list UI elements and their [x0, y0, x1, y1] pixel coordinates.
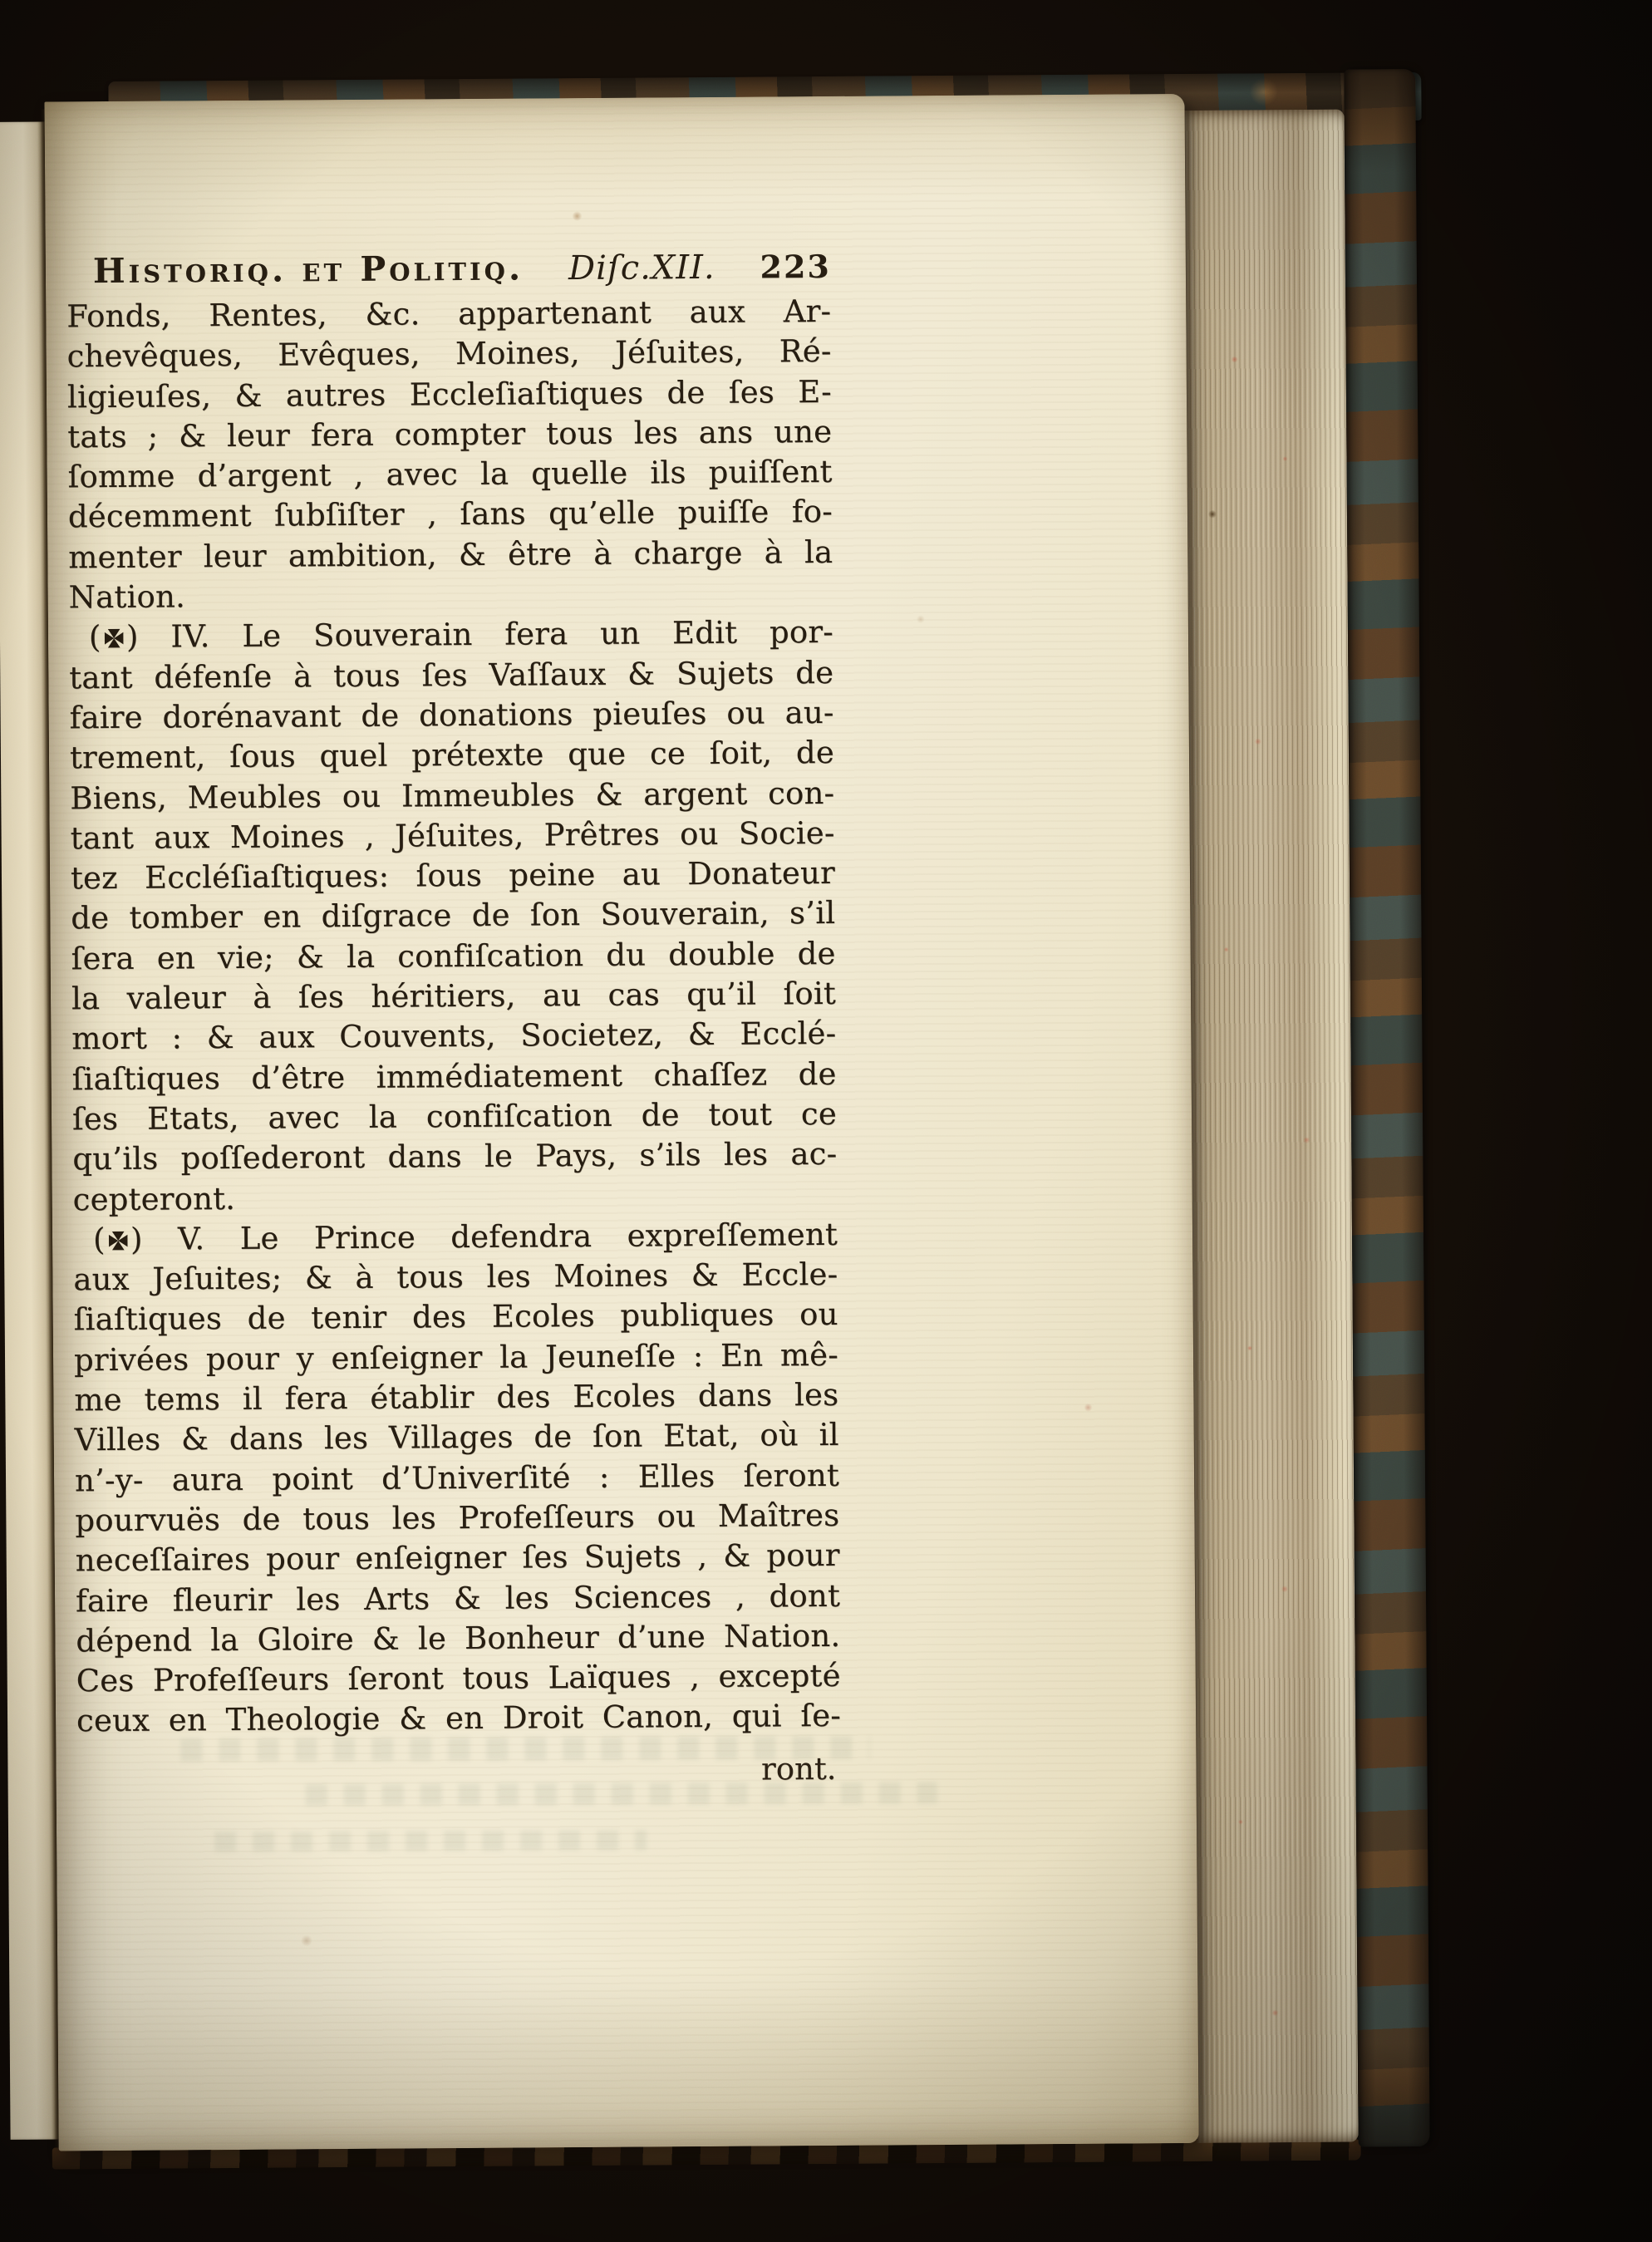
text-line: ligieuſes, & autres Eccleſiaſtiques de ſ…	[67, 372, 832, 418]
maltese-cross-icon	[108, 1230, 129, 1251]
text-line: de tomber en diſgrace de ſon Souverain, …	[71, 893, 835, 939]
text-line: ſiaſtiques d’être immédiatement chaſſez …	[72, 1055, 837, 1100]
text-line: ſiaſtiques de tenir des Ecoles publiques…	[74, 1295, 838, 1340]
text-line: ſes Etats, avec la confiſcation de tout …	[72, 1094, 837, 1140]
text-line: tez Eccléſiaſtiques: ſous peine au Donat…	[71, 853, 835, 899]
text-line: Nation.	[68, 573, 833, 618]
text-line: décemment ſubſiſter , ſans qu’elle puiſſ…	[68, 492, 833, 538]
leather-cover-edge	[1344, 69, 1429, 2147]
photo-background: Historiq. et Politiq. Diſc.XII. 223 Fond…	[0, 0, 1652, 2242]
text-line: ( ) IV. Le Souverain fera un Edit por-	[69, 612, 833, 658]
text-line: tant aux Moines , Jéſuites, Prêtres ou S…	[70, 814, 834, 859]
text-line: aux Jeſuites; & à tous les Moines & Eccl…	[73, 1255, 838, 1300]
text-line: ( ) V. Le Prince defendra expreſſement	[73, 1215, 838, 1261]
text-line: ceux en Theologie & en Droit Canon, qui …	[76, 1696, 841, 1742]
text-line: neceſſaires pour enſeigner ſes Sujets , …	[76, 1536, 840, 1581]
text-line: faire fleurir les Arts & les Sciences , …	[76, 1576, 840, 1621]
text-line: dépend la Gloire & le Bonheur d’une Nati…	[76, 1616, 840, 1662]
running-header: Historiq. et Politiq. Diſc.XII. 223	[93, 246, 831, 291]
text-line: la valeur à ſes héritiers, au cas qu’il …	[71, 974, 836, 1020]
fore-edge-page-stack	[1183, 110, 1359, 2143]
text-line: Biens, Meubles ou Immeubles & argent con…	[70, 773, 834, 819]
text-line: qu’ils poſſederont dans le Pays, s’ils l…	[72, 1134, 837, 1180]
text-line: privées pour y enſeigner la Jeuneſſe : E…	[74, 1335, 838, 1381]
text-line: ſomme d’argent , avec la quelle ils puiſ…	[67, 452, 832, 498]
bleedthrough-ghost	[214, 1830, 647, 1851]
text-line: trement, ſous quel prétexte que ce ſoit,…	[70, 733, 834, 779]
header-section: Diſc.XII.	[568, 248, 715, 288]
text-line: chevêques, Evêques, Moines, Jéſuites, Ré…	[66, 332, 831, 377]
maltese-cross-icon	[104, 628, 125, 649]
text-line: Fonds, Rentes, &c. appartenant aux Ar-	[66, 292, 831, 337]
header-page-number: 223	[760, 248, 831, 286]
body-text: Fonds, Rentes, &c. appartenant aux Ar-ch…	[66, 292, 841, 1742]
text-line: tats ; & leur fera compter tous les ans …	[67, 412, 832, 458]
text-line: faire dorénavant de donations pieuſes ou…	[69, 693, 833, 739]
book-page: Historiq. et Politiq. Diſc.XII. 223 Fond…	[44, 94, 1198, 2151]
text-line: pourvuës de tous les Profeſſeurs ou Maît…	[75, 1496, 839, 1541]
text-line: menter leur ambition, & être à charge à …	[68, 533, 833, 578]
text-line: Villes & dans les Villages de ſon Etat, …	[75, 1415, 839, 1461]
text-line: tant défenſe à tous ſes Vaſſaux & Sujets…	[69, 653, 833, 699]
text-line: n’-y- aura point d’Univerſité : Elles ſe…	[75, 1456, 839, 1502]
header-title: Historiq. et Politiq.	[93, 248, 524, 292]
text-line: cepteront.	[73, 1174, 838, 1220]
text-line: mort : & aux Couvents, Societez, & Ecclé…	[71, 1014, 836, 1060]
catchword: ront.	[76, 1749, 841, 1794]
text-line: ſera en vie; & la confiſcation du double…	[71, 934, 836, 980]
text-line: me tems il fera établir des Ecoles dans …	[74, 1375, 838, 1421]
text-line: Ces Profeſſeurs ſeront tous Laïques , ex…	[76, 1656, 841, 1702]
open-book: Historiq. et Politiq. Diſc.XII. 223 Fond…	[0, 0, 1652, 2242]
